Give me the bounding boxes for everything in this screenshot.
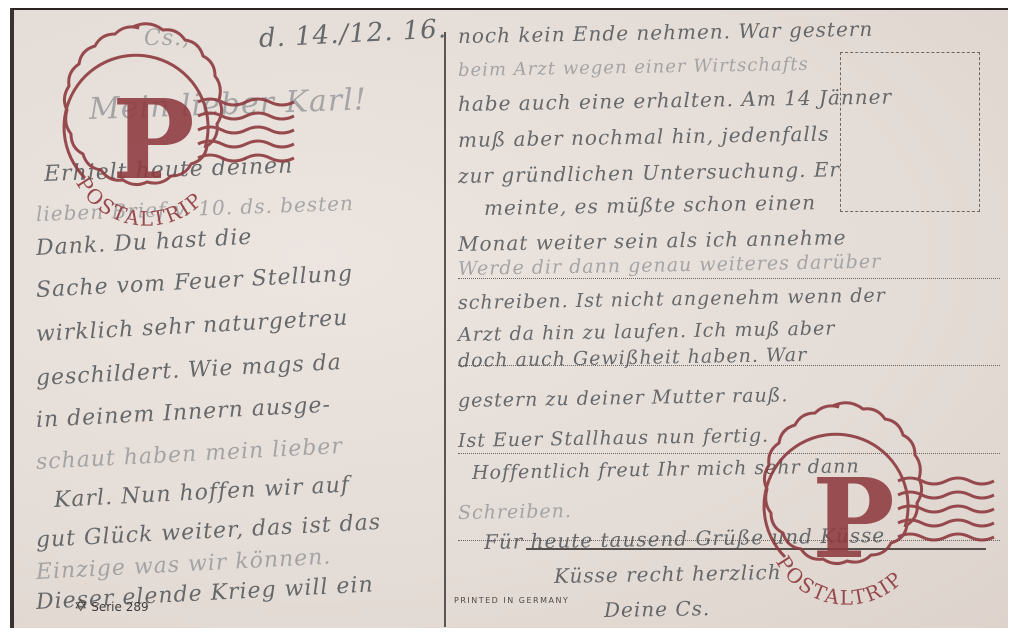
- left-line: Karl. Nun hoffen wir auf: [53, 473, 350, 513]
- left-line: schaut haben mein lieber: [35, 434, 343, 475]
- right-line: Ist Euer Stallhaus nun fertig.: [458, 425, 769, 452]
- right-line: beim Arzt wegen einer Wirtschafts: [458, 54, 809, 81]
- printed-origin: PRINTED IN GERMANY: [454, 596, 569, 605]
- right-line: Arzt da hin zu laufen. Ich muß aber: [458, 317, 836, 346]
- left-line: wirklich sehr naturgetreu: [35, 306, 349, 347]
- right-line: zur gründlichen Untersuchung. Er: [458, 157, 840, 188]
- left-line: in deinem Innern ausge-: [35, 393, 331, 433]
- watermark-letter: P: [112, 75, 195, 204]
- left-line: Sache vom Feuer Stellung: [35, 261, 353, 303]
- series-label: ✡ Serie 289: [74, 596, 149, 615]
- right-line: habe auch eine erhalten. Am 14 Jänner: [458, 84, 892, 116]
- left-line: Dank. Du hast die: [35, 225, 253, 261]
- postaltrip-watermark-bottom-right: P POSTALTRIP: [730, 385, 1000, 610]
- stamp-placement-box: [840, 52, 980, 212]
- right-line: schreiben. Ist nicht angenehm wenn der: [458, 285, 886, 314]
- watermark-letter: P: [812, 454, 895, 583]
- right-line: muß aber nochmal hin, jedenfalls: [458, 122, 830, 152]
- right-line: Deine Cs.: [604, 596, 711, 622]
- right-line: doch auch Gewißheit haben. War: [458, 344, 808, 372]
- right-line: meinte, es müßte schon einen: [484, 190, 816, 220]
- right-line: noch kein Ende nehmen. War gestern: [458, 17, 874, 48]
- center-divider: [444, 32, 446, 627]
- star-icon: ✡: [74, 596, 87, 615]
- right-line: Werde dir dann genau weiteres darüber: [458, 251, 882, 280]
- right-line: Schreiben.: [458, 500, 572, 524]
- postaltrip-watermark-top-left: P POSTALTRIP: [30, 18, 300, 228]
- left-line: geschildert. Wie mags da: [35, 350, 342, 391]
